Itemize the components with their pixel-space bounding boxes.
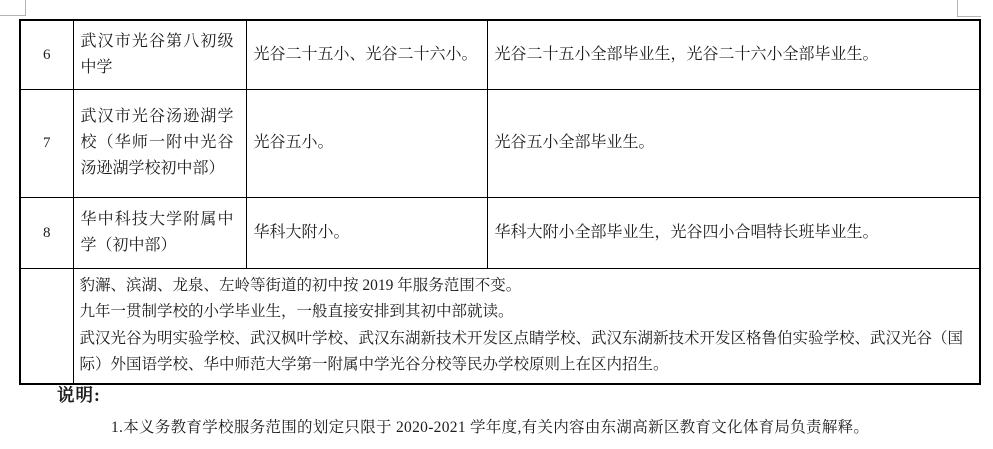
service-scope: 光谷五小全部毕业生。 xyxy=(487,89,980,197)
note-line: 九年一贯制学校的小学毕业生，一般直接安排到其初中部就读。 xyxy=(80,299,970,326)
middle-school-name: 武汉市光谷第八初级中学 xyxy=(73,20,246,89)
table-row: 6 武汉市光谷第八初级中学 光谷二十五小、光谷二十六小。 光谷二十五小全部毕业生… xyxy=(20,20,980,89)
note-line: 武汉光谷为明实验学校、武汉枫叶学校、武汉东湖新技术开发区点睛学校、武汉东湖新技术… xyxy=(80,326,970,379)
primary-schools: 光谷二十五小、光谷二十六小。 xyxy=(246,20,487,89)
explanation-heading: 说明: xyxy=(57,382,101,407)
page-margin-mark-top-right-horizontal xyxy=(957,16,981,17)
middle-school-name: 华中科技大学附属中学（初中部） xyxy=(73,197,246,268)
middle-school-name: 武汉市光谷汤逊湖学校（华师一附中光谷汤逊湖学校初中部） xyxy=(73,89,246,197)
row-number-empty xyxy=(20,268,73,384)
page-margin-mark-top-left-horizontal xyxy=(0,15,26,16)
table-row: 7 武汉市光谷汤逊湖学校（华师一附中光谷汤逊湖学校初中部） 光谷五小。 光谷五小… xyxy=(20,89,980,197)
primary-schools: 华科大附小。 xyxy=(246,197,487,268)
explanation-item-1: 1.本义务教育学校服务范围的划定只限于 2020-2021 学年度,有关内容由东… xyxy=(111,415,869,437)
note-line: 豹澥、滨湖、龙泉、左岭等街道的初中按 2019 年服务范围不变。 xyxy=(80,273,970,300)
notes-cell: 豹澥、滨湖、龙泉、左岭等街道的初中按 2019 年服务范围不变。 九年一贯制学校… xyxy=(73,268,980,384)
row-number: 8 xyxy=(20,197,73,268)
page-margin-mark-top-right-vertical xyxy=(957,0,958,16)
document-page: 6 武汉市光谷第八初级中学 光谷二十五小、光谷二十六小。 光谷二十五小全部毕业生… xyxy=(0,0,993,449)
row-number: 6 xyxy=(20,20,73,89)
service-scope: 华科大附小全部毕业生，光谷四小合唱特长班毕业生。 xyxy=(487,197,980,268)
primary-schools: 光谷五小。 xyxy=(246,89,487,197)
row-number: 7 xyxy=(20,89,73,197)
service-scope: 光谷二十五小全部毕业生，光谷二十六小全部毕业生。 xyxy=(487,20,980,89)
table-row: 8 华中科技大学附属中学（初中部） 华科大附小。 华科大附小全部毕业生，光谷四小… xyxy=(20,197,980,268)
school-service-range-table: 6 武汉市光谷第八初级中学 光谷二十五小、光谷二十六小。 光谷二十五小全部毕业生… xyxy=(19,19,981,385)
page-margin-mark-top-left-vertical xyxy=(25,0,26,15)
table-row-notes: 豹澥、滨湖、龙泉、左岭等街道的初中按 2019 年服务范围不变。 九年一贯制学校… xyxy=(20,268,980,384)
